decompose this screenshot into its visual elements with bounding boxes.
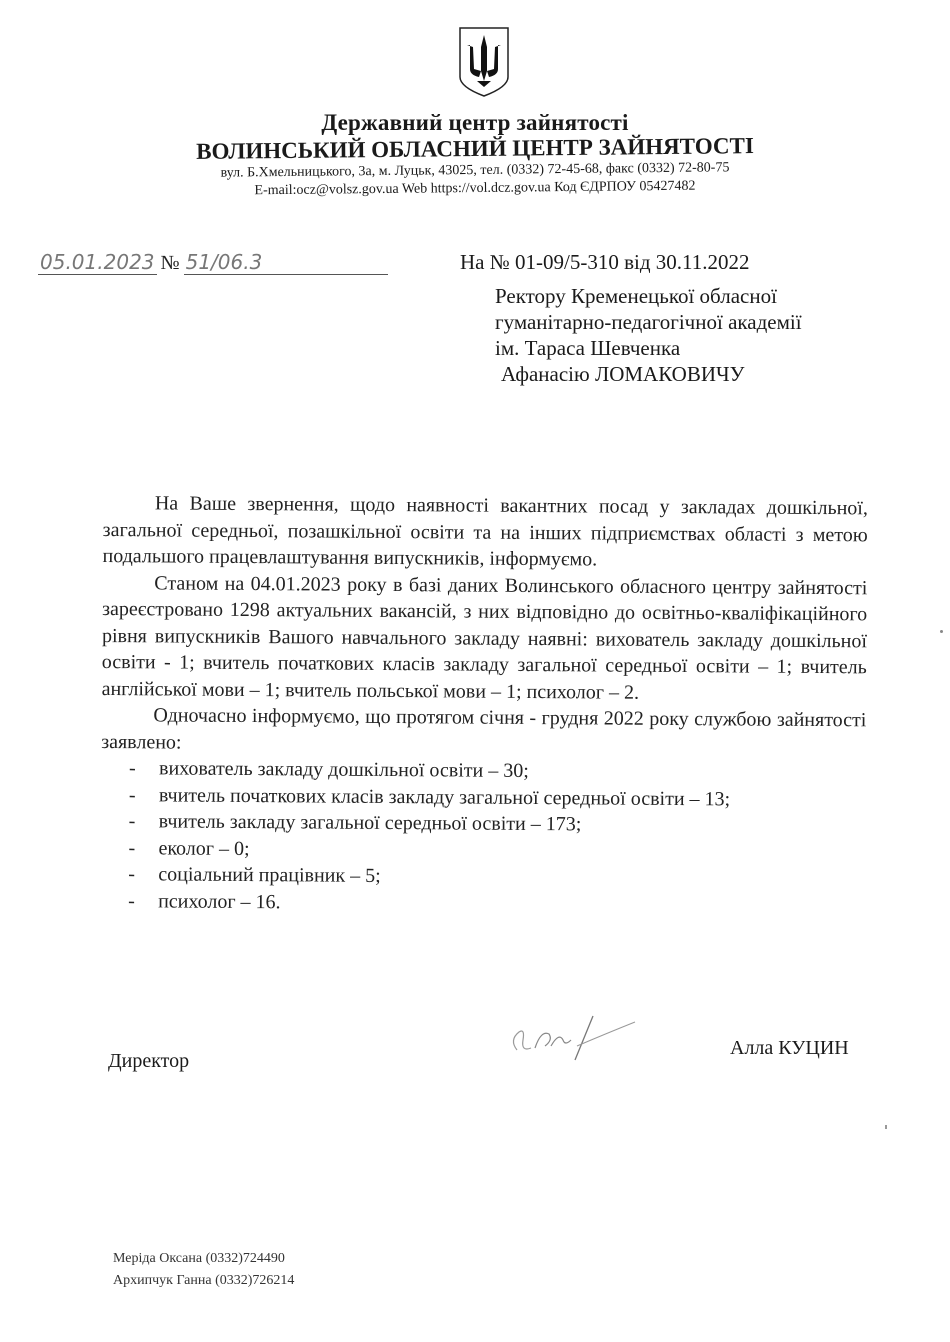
letter-body: На Ваше звернення, щодо наявності вакант… (100, 490, 868, 919)
addressee-block: Ректору Кременецької обласної гуманітарн… (495, 283, 802, 387)
registration-number: 51/06.3 (184, 250, 388, 275)
handwritten-signature-icon (505, 1010, 645, 1070)
executors-block: Меріда Оксана (0332)724490 Архипчук Ганн… (113, 1248, 294, 1292)
list-item: психолог – 16. (100, 887, 865, 919)
paragraph-declared: Одночасно інформуємо, що протягом січня … (101, 702, 866, 760)
number-sign: № (161, 252, 180, 274)
addressee-line: гуманітарно-педагогічної академії (495, 309, 802, 335)
trident-coat-of-arms-icon (457, 25, 511, 99)
scan-speck (885, 1125, 887, 1129)
registration-line: 05.01.2023№51/06.3 (38, 250, 388, 275)
signatory-title: Директор (108, 1050, 189, 1073)
paragraph-vacancies: Станом на 04.01.2023 року в базі даних В… (102, 569, 868, 707)
declared-vacancies-list: вихователь закладу дошкільної освіти – 3… (100, 755, 866, 919)
registration-date: 05.01.2023 (38, 250, 157, 275)
executor-contact: Меріда Оксана (0332)724490 (113, 1248, 294, 1270)
addressee-name: Афанасію ЛОМАКОВИЧУ (495, 361, 802, 387)
scan-speck (940, 630, 943, 633)
addressee-line: ім. Тараса Шевченка (495, 335, 802, 361)
signatory-name: Алла КУЦИН (730, 1037, 849, 1060)
reference-line: На № 01-09/5-310 від 30.11.2022 (460, 250, 750, 275)
executor-contact: Архипчук Ганна (0332)726214 (113, 1270, 294, 1292)
paragraph-request: На Ваше звернення, щодо наявності вакант… (102, 490, 868, 575)
addressee-line: Ректору Кременецької обласної (495, 283, 802, 309)
